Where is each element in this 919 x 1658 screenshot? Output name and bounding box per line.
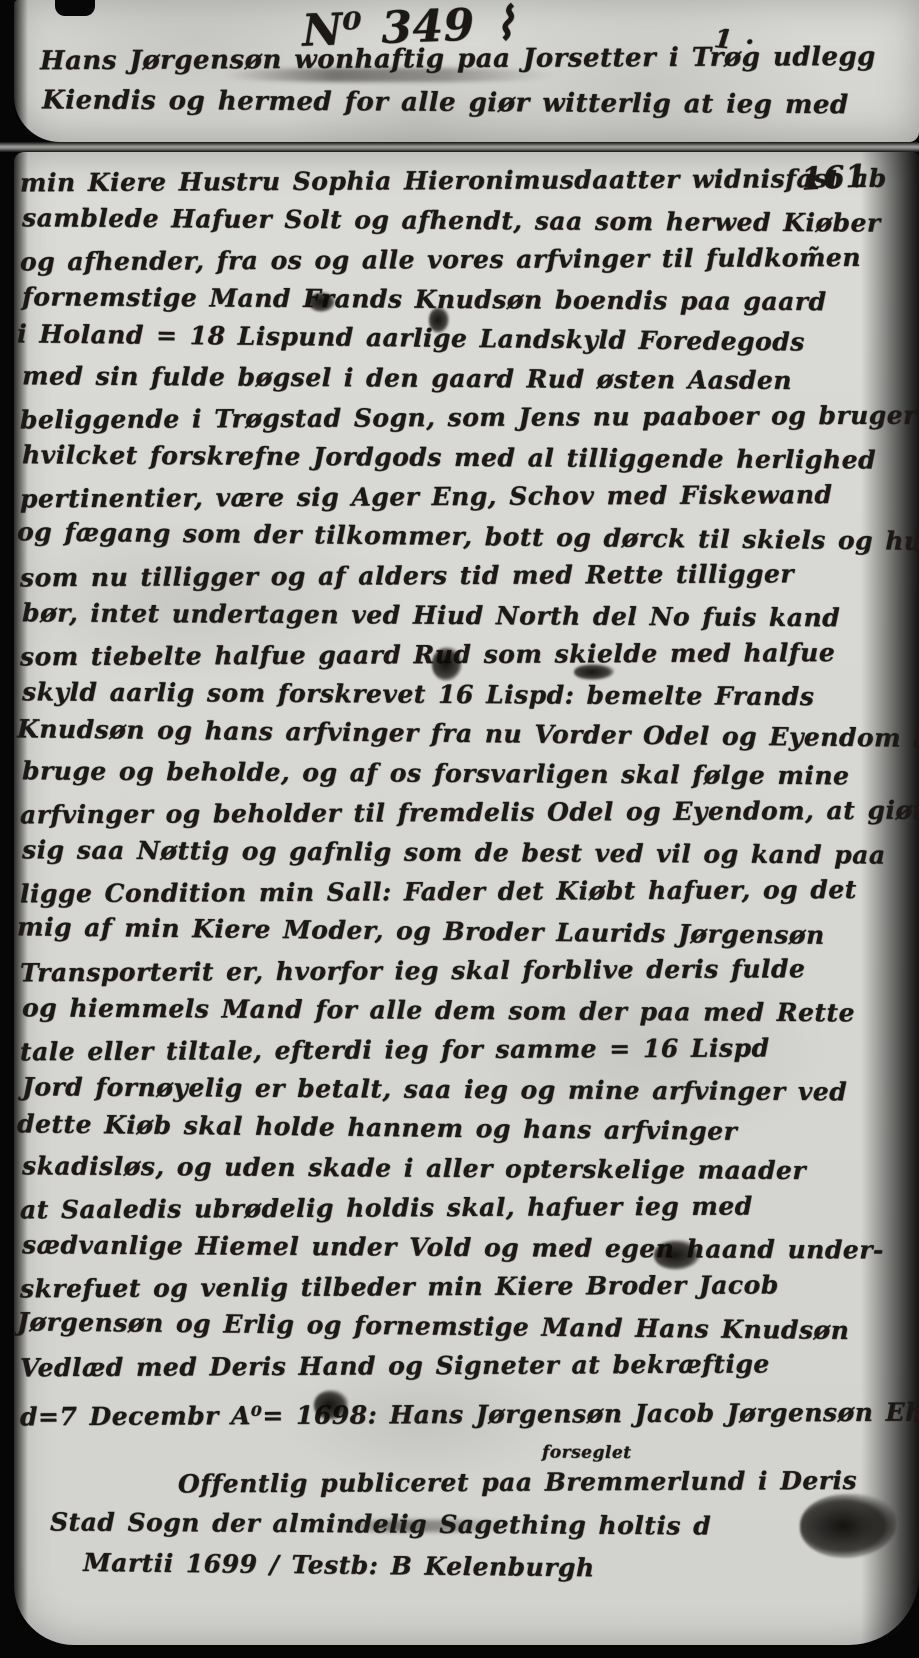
fragment-text-lines: Hans Jørgensøn wonhaftig paa Jorsetter i… (40, 44, 910, 132)
manuscript-line: beliggende i Trøgstad Sogn, som Jens nu … (20, 401, 910, 445)
manuscript-line: skadisløs, og uden skade i aller optersk… (22, 1151, 912, 1196)
manuscript-line: tale eller tiltale, efterdi ieg for samm… (20, 1033, 910, 1077)
manuscript-line: dette Kiøb skal holde hannem og hans arf… (17, 1109, 907, 1158)
manuscript-line: Knudsøn og hans arfvinger fra nu Vorder … (17, 714, 907, 763)
manuscript-line: sædvanlige Hiemel under Vold og med egen… (22, 1230, 912, 1275)
ink-smear (224, 68, 554, 82)
manuscript-line: Hans Jørgensøn wonhaftig paa Jorsetter i… (40, 42, 910, 91)
manuscript-line: bør, intet undertagen ved Hiud North del… (22, 598, 912, 643)
manuscript-line: som nu tilligger og af alders tid med Re… (20, 559, 910, 603)
manuscript-line: og hiemmels Mand for alle dem som der pa… (22, 993, 912, 1038)
manuscript-line: samblede Hafuer Solt og afhendt, saa som… (22, 203, 912, 248)
manuscript-line: Martii 1699 ∕ Testb: B Kelenburgh (17, 1547, 907, 1598)
manuscript-page: 161 min Kiere Hustru Sophia Hieronimusda… (14, 152, 919, 1645)
scan-notch (55, 0, 95, 16)
manuscript-line: og afhender, fra os og alle vores arfvin… (20, 243, 910, 287)
manuscript-line: hvilcket forskrefne Jordgods med al till… (22, 440, 912, 485)
manuscript-line: ligge Condition min Sall: Fader det Kiøb… (20, 875, 910, 919)
manuscript-line: min Kiere Hustru Sophia Hieronimusdaatte… (20, 164, 910, 208)
manuscript-scan: N⁰ 349 ⌇ 1 · Hans Jørgensøn wonhaftig pa… (0, 0, 919, 1658)
left-edge-shadow (14, 0, 28, 142)
previous-page-fragment: N⁰ 349 ⌇ 1 · Hans Jørgensøn wonhaftig pa… (14, 0, 919, 142)
manuscript-line: at Saaledis ubrødelig holdis skal, hafue… (20, 1191, 910, 1235)
manuscript-line: skrefuet og venlig tilbeder min Kiere Br… (20, 1270, 910, 1314)
page-divider-band (0, 142, 919, 152)
manuscript-line: bruge og beholde, og af os forsvarligen … (22, 756, 912, 801)
deed-text-lines: min Kiere Hustru Sophia Hieronimusdaatte… (20, 166, 910, 1391)
ink-smear (334, 1520, 514, 1532)
manuscript-line: Kiendis og hermed for alle giør witterli… (42, 85, 912, 134)
manuscript-line: arfvinger og beholder til fremdelis Odel… (20, 796, 910, 840)
manuscript-line: Transporterit er, hvorfor ieg skal forbl… (20, 954, 910, 998)
manuscript-line: med sin fulde bøgsel i den gaard Rud øst… (22, 361, 912, 406)
manuscript-line: Vedlæd med Deris Hand og Signeter at bek… (20, 1349, 910, 1393)
manuscript-line: sig saa Nøttig og gafnlig som de best ve… (22, 835, 912, 880)
manuscript-line: d=7 Decembr A⁰= 1698: Hans Jørgensøn Jac… (20, 1398, 910, 1445)
manuscript-line: Jørgensøn og Erlig og fornemstige Mand H… (17, 1307, 907, 1356)
manuscript-line: mig af min Kiere Moder, og Broder Laurid… (17, 912, 907, 961)
manuscript-line: Offentlig publiceret paa Bremmerlund i D… (20, 1466, 910, 1513)
manuscript-line: og fægang som der tilkommer, bott og dør… (17, 517, 907, 566)
manuscript-line: pertinentier, være sig Ager Eng, Schov m… (20, 480, 910, 524)
closing-and-signatures: d=7 Decembr A⁰= 1698: Hans Jørgensøn Jac… (20, 1400, 910, 1594)
manuscript-line: som tiebelte halfue gaard Rud som skield… (20, 638, 910, 682)
manuscript-line: i Holand = 18 Lispund aarlige Landskyld … (17, 319, 907, 368)
